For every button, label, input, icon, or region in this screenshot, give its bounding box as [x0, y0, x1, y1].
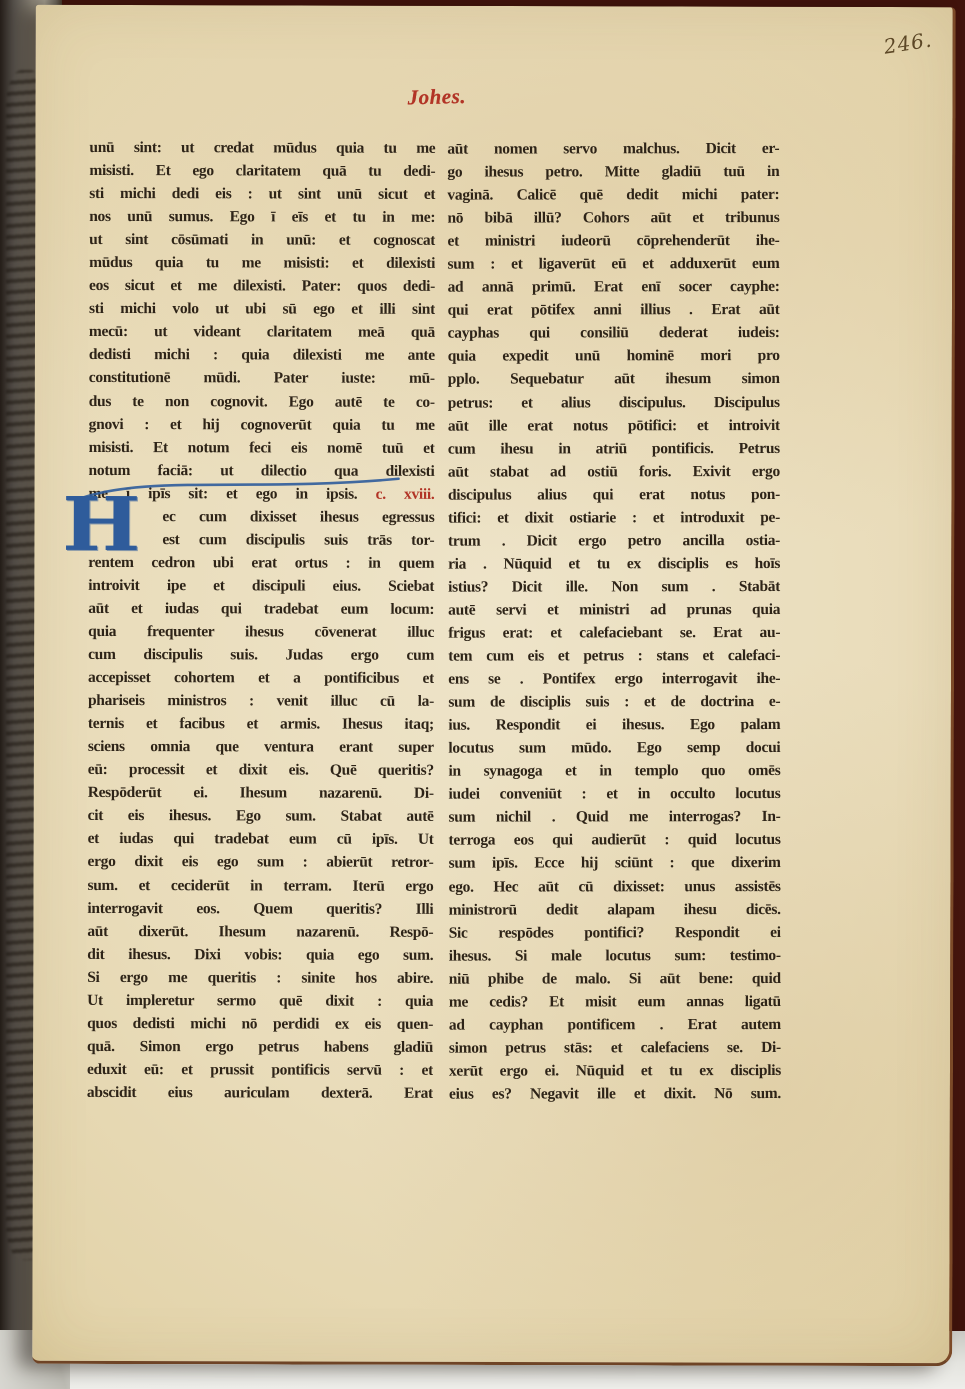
- text-line: terroga eos qui audierūt : quid locutus: [449, 828, 781, 852]
- text-line: constitutionē mūdi. Pater iuste: mū-: [89, 366, 435, 390]
- text-line: tem cum eis et petrus : stans et calefac…: [448, 644, 780, 668]
- text-line: discipulus alius qui erat notus pon-: [448, 483, 780, 507]
- text-line: autē servi et ministri ad prunas quia: [448, 598, 780, 622]
- text-line: go ihesus petro. Mitte gladiū tuū in: [447, 160, 779, 184]
- text-line: ius. Respondit ei ihesus. Ego palam: [448, 713, 780, 737]
- text-line: mūdus quia tu me misisti: et dilexisti: [89, 251, 435, 275]
- text-line: phariseis ministros : venit illuc cū la-: [88, 689, 434, 713]
- text-line: nos unū sumus. Ego ī eīs et tu in me:: [89, 205, 435, 229]
- text-line: cum discipulis suis. Judas ergo cum: [88, 643, 434, 667]
- text-line: ego. Hec aūt cū dixisset: unus assistēs: [449, 875, 781, 899]
- initial-letter-H: H: [62, 490, 140, 560]
- text-line: ut sint cōsūmati in unū: et cognoscat: [89, 228, 435, 252]
- text-line: ad annā primū. Erat enī socer cayphe:: [448, 275, 780, 299]
- text-line: dit ihesus. Dixi vobis: quia ego sum.: [87, 943, 433, 967]
- text-line: pplo. Sequebatur aūt ihesum simon: [448, 367, 780, 391]
- text-line: accepisset cohortem et a pontificibus et: [88, 666, 434, 690]
- text-line: me cedis? Et misit eum annas ligatū: [449, 990, 781, 1014]
- text-line: ministrorū dedit alapam ihesu dicēs.: [449, 898, 781, 922]
- text-line: aūt stabat ad ostiū foris. Exivit ergo: [448, 460, 780, 484]
- text-line: tifici: et dixit ostiarie : et introduxi…: [448, 506, 780, 530]
- text-line: eos sicut et me dilexisti. Pater: quos d…: [89, 274, 435, 298]
- text-line: cit eis ihesus. Ego sum. Stabat autē: [88, 804, 434, 828]
- text-line: vaginā. Calicē quē dedit michi pater:: [447, 183, 779, 207]
- text-line: niū phibe de malo. Si aūt bene: quid: [449, 967, 781, 991]
- text-line: sti michi volo ut ubi sū ego et illi sin…: [89, 297, 435, 321]
- text-line: sum nichil . Quid me interrogas? In-: [448, 805, 780, 829]
- manuscript-page: Johes. 246. H unū sint: ut credat mūdus …: [32, 5, 956, 1366]
- illuminated-initial: H: [66, 482, 186, 578]
- text-line: ihesus. Si male locutus sum: testimo-: [449, 944, 781, 968]
- text-line: sti michi dedi eis : ut sint unū sicut e…: [89, 182, 435, 206]
- text-line: ergo dixit eis ego sum : abierūt retror-: [88, 850, 434, 874]
- text-line: quos dedisti michi nō perdidi ex eis que…: [87, 1012, 433, 1036]
- text-line: quia frequenter ihesus cōvenerat illuc: [88, 620, 434, 644]
- text-line: xerūt ergo ei. Nūquid et tu ex disciplis: [449, 1059, 781, 1083]
- text-line: et ministri iudeorū cōprehenderūt ihe-: [447, 229, 779, 253]
- text-line: dus te non cognovit. Ego autē te co-: [89, 389, 435, 413]
- text-line: frigus erat: et calefaciebant se. Erat a…: [448, 621, 780, 645]
- text-line: interrogavit eos. Quem queritis? Illi: [87, 896, 433, 920]
- text-line: cum ihesu in atriū pontificis. Petrus: [448, 437, 780, 461]
- text-line: abscidit eius auriculam dexterā. Erat: [87, 1081, 433, 1105]
- page-surface: Johes. 246. H unū sint: ut credat mūdus …: [32, 5, 953, 1363]
- text-line: ria . Nūquid et tu ex disciplis es hoīs: [448, 552, 780, 576]
- text-line: Si ergo me queritis : sinite hos abire.: [87, 966, 433, 990]
- text-line: aūt nomen servo malchus. Dicit er-: [447, 137, 779, 161]
- text-line: et iudas qui tradebat eum cū ipīs. Ut: [88, 827, 434, 851]
- text-line: simon petrus stās: et calefaciens se. Di…: [449, 1036, 781, 1060]
- text-line: misisti. Et notum feci eis nomē tuū et: [89, 436, 435, 460]
- text-line: ens se . Pontifex ergo interrogavit ihe-: [448, 667, 780, 691]
- text-line: petrus: et alius discipulus. Discipulus: [448, 391, 780, 415]
- text-line: eduxit eū: et prussit pontificis servū :…: [87, 1058, 433, 1082]
- text-line: mecū: ut videant claritatem meā quā: [89, 320, 435, 344]
- folio-number: 246.: [882, 27, 934, 58]
- text-line: aūt et iudas qui tradebat eum locum:: [88, 597, 434, 621]
- text-line: ternis et facibus et armis. Ihesus itaq;: [88, 712, 434, 736]
- text-line: trum . Dicit ergo petro ancilla ostia-: [448, 529, 780, 553]
- text-line: misisti. Et ego claritatem quā tu dedi-: [89, 159, 435, 183]
- text-line: sum : et ligaverūt eū et adduxerūt eum: [448, 252, 780, 276]
- text-line: aūt ille erat notus pōtifici: et introiv…: [448, 414, 780, 438]
- text-line: dedisti michi : quia dilexisti me ante: [89, 343, 435, 367]
- text-line: eū: processit et dixit eis. Quē queritis…: [88, 758, 434, 782]
- text-line: istius? Dicit ille. Non sum . Stabāt: [448, 575, 780, 599]
- text-line: sciens omnia que ventura erant super: [88, 735, 434, 759]
- text-line: locutus sum mūdo. Ego semp docui: [448, 736, 780, 760]
- running-title: Johes.: [407, 83, 528, 111]
- text-line: eius es? Negavit ille et dixit. Nō sum.: [449, 1082, 781, 1106]
- text-line: iudei conveniūt : et in occulto locutus: [448, 782, 780, 806]
- text-line: gnovi : et hij cognoverūt quia tu me: [89, 413, 435, 437]
- text-line: qui erat pōtifex anni illius . Erat aūt: [448, 298, 780, 322]
- text-line: sum. et ceciderūt in terram. Iterū ergo: [87, 873, 433, 897]
- text-line: in synagoga et in templo quo omēs: [448, 759, 780, 783]
- text-column-left: H unū sint: ut credat mūdus quia tu memi…: [87, 136, 436, 1105]
- text-line: cayphas qui consiliū dederat iudeis:: [448, 321, 780, 345]
- photograph-background: { "page": { "running_title": "Johes.", "…: [0, 0, 965, 1389]
- text-line: unū sint: ut credat mūdus quia tu me: [89, 136, 435, 160]
- text-line: Sic respōdes pontifici? Respondit ei: [449, 921, 781, 945]
- text-line: aūt dixerūt. Ihesum nazarenū. Respō-: [87, 920, 433, 944]
- text-line: quia expedit unū hominē mori pro: [448, 344, 780, 368]
- text-line: nō bibā illū? Cohors aūt et tribunus: [447, 206, 779, 230]
- text-line: sum de disciplis suis : et de doctrina e…: [448, 690, 780, 714]
- text-line: quā. Simon ergo petrus habens gladiū: [87, 1035, 433, 1059]
- text-column-right: aūt nomen servo malchus. Dicit er-go ihe…: [447, 137, 781, 1106]
- text-line: ad cayphan pontificem . Erat autem: [449, 1013, 781, 1037]
- text-line: Respōderūt ei. Ihesum nazarenū. Di-: [88, 781, 434, 805]
- text-line: Ut impleretur sermo quē dixit : quia: [87, 989, 433, 1013]
- text-line: sum ipīs. Ecce hij sciūnt : que dixerim: [449, 851, 781, 875]
